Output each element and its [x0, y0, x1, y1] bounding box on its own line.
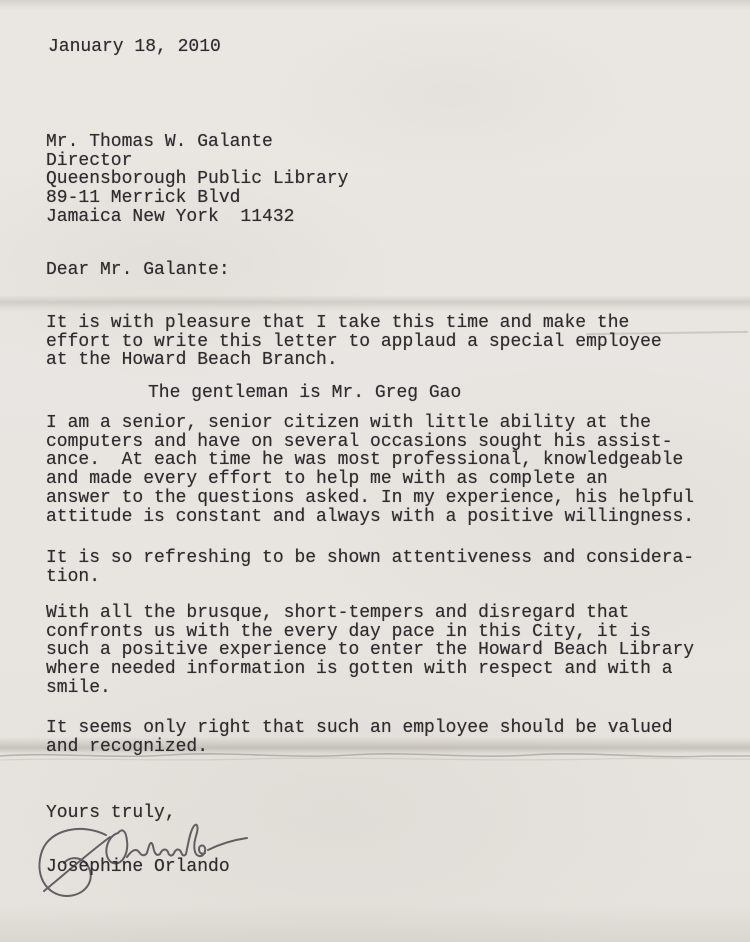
gentleman-line: The gentleman is Mr. Greg Gao	[148, 384, 461, 403]
recipient-title: Director	[46, 152, 348, 171]
paragraph-city-pace: With all the brusque, short-tempers and …	[46, 604, 694, 698]
recipient-organization: Queensborough Public Library	[46, 170, 348, 189]
paragraph-refreshing: It is so refreshing to be shown attentiv…	[46, 549, 694, 586]
scanned-letter-page: January 18, 2010 Mr. Thomas W. Galante D…	[0, 0, 750, 942]
top-edge-shading	[0, 0, 750, 10]
paragraph-opening: It is with pleasure that I take this tim…	[46, 314, 662, 370]
paragraph-valued: It seems only right that such an employe…	[46, 719, 673, 756]
recipient-street: 89-11 Merrick Blvd	[46, 189, 348, 208]
typed-signature-name: Josephine Orlando	[46, 858, 230, 877]
paragraph-experience: I am a senior, senior citizen with littl…	[46, 414, 694, 526]
letter-date: January 18, 2010	[48, 38, 221, 57]
recipient-address-block: Mr. Thomas W. Galante Director Queensbor…	[46, 133, 348, 227]
bottom-edge-shading	[0, 904, 750, 942]
recipient-city-line: Jamaica New York 11432	[46, 208, 348, 227]
recipient-name: Mr. Thomas W. Galante	[46, 133, 348, 152]
upper-fold-crease	[0, 295, 750, 312]
salutation: Dear Mr. Galante:	[46, 261, 230, 280]
